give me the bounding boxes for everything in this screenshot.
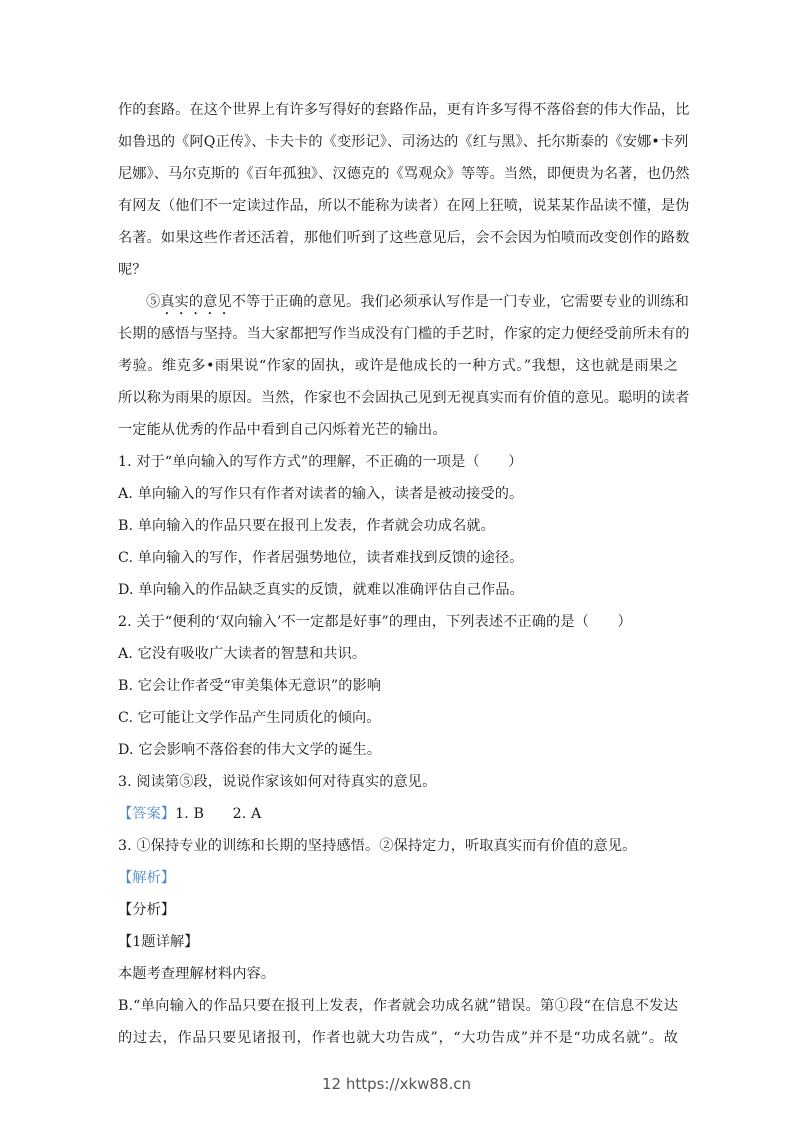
analysis-label: 【解析】 [118, 862, 678, 894]
text-line: 如鲁迅的《阿Q正传》、卡夫卡的《变形记》、司汤达的《红与黑》、托尔斯泰的《安娜•… [118, 126, 678, 158]
option-b: B. 它会让作者受“审美集体无意识”的影响 [118, 670, 678, 702]
analysis-line: 的过去，作品只要见诸报刊，作者也就大功告成”，“大功告成”并不是“功成名就”。故 [118, 1022, 678, 1054]
answer-values: 1. B 2. A [175, 806, 261, 822]
paragraph-4: 作的套路。在这个世界上有许多写得好的套路作品，更有许多写得不落俗套的伟大作品，比… [118, 94, 678, 286]
detail-label: 【1题详解】 [118, 926, 678, 958]
text-line: 尼娜》、马尔克斯的《百年孤独》、汉德克的《骂观众》等等。当然，即便贵为名著，也仍… [118, 158, 678, 190]
question-stem: 1. 对于“单向输入的写作方式”的理解，不正确的一项是（ ） [118, 446, 678, 478]
answer-section: 【答案】1. B 2. A 3. ①保持专业的训练和长期的坚持感悟。②保持定力，… [118, 798, 678, 862]
text-line: 考验。维克多•雨果说“作家的固执，或许是他成长的一种方式。”我想，这也就是雨果之 [118, 350, 678, 382]
question-2: 2. 关于“便利的‘双向输入’不一定都是好事”的理由，下列表述不正确的是（ ） … [118, 606, 678, 766]
option-c: C. 它可能让文学作品产生同质化的倾向。 [118, 702, 678, 734]
text-line: 所以称为雨果的原因。当然，作家也不会固执己见到无视真实而有价值的意见。聪明的读者 [118, 382, 678, 414]
option-b: B. 单向输入的作品只要在报刊上发表，作者就会功成名就。 [118, 510, 678, 542]
text-line: 名著。如果这些作者还活着，那他们听到了这些意见后，会不会因为怕喷而改变创作的路数 [118, 222, 678, 254]
answer-line-3: 3. ①保持专业的训练和长期的坚持感悟。②保持定力，听取真实而有价值的意见。 [118, 830, 678, 862]
text-line: 一定能从优秀的作品中看到自己闪烁着光芒的输出。 [118, 414, 678, 446]
question-stem: 3. 阅读第⑤段，说说作家该如何对待真实的意见。 [118, 766, 678, 798]
paragraph-5: ⑤真实的意见不等于正确的意见。我们必须承认写作是一门专业，它需要专业的训练和 长… [118, 286, 678, 446]
analysis-intro: 本题考查理解材料内容。 [118, 958, 678, 990]
option-d: D. 单向输入的作品缺乏真实的反馈，就难以准确评估自己作品。 [118, 574, 678, 606]
text-line: 长期的感悟与坚持。当大家都把写作当成没有门槛的手艺时，作家的定力便经受前所未有的 [118, 318, 678, 350]
option-a: A. 单向输入的写作只有作者对读者的输入，读者是被动接受的。 [118, 478, 678, 510]
option-a: A. 它没有吸收广大读者的智慧和共识。 [118, 638, 678, 670]
question-1: 1. 对于“单向输入的写作方式”的理解，不正确的一项是（ ） A. 单向输入的写… [118, 446, 678, 606]
page-footer: 12 https://xkw88.cn [0, 1075, 793, 1093]
option-c: C. 单向输入的写作，作者居强势地位，读者难找到反馈的途径。 [118, 542, 678, 574]
answer-line: 【答案】1. B 2. A [118, 798, 678, 830]
analysis-sub-label: 【分析】 [118, 894, 678, 926]
analysis-section: 【解析】 【分析】 【1题详解】 本题考查理解材料内容。 B.“单向输入的作品只… [118, 862, 678, 1054]
line-rest: 不等于正确的意见。我们必须承认写作是一门专业，它需要专业的训练和 [232, 294, 689, 310]
option-d: D. 它会影响不落俗套的伟大文学的诞生。 [118, 734, 678, 766]
document-page: 作的套路。在这个世界上有许多写得好的套路作品，更有许多写得不落俗套的伟大作品，比… [118, 94, 678, 1054]
paragraph-marker: ⑤ [146, 294, 160, 310]
text-line: ⑤真实的意见不等于正确的意见。我们必须承认写作是一门专业，它需要专业的训练和 [118, 286, 678, 318]
question-3: 3. 阅读第⑤段，说说作家该如何对待真实的意见。 [118, 766, 678, 798]
analysis-line: B.“单向输入的作品只要在报刊上发表，作者就会功成名就”错误。第①段“在信息不发… [118, 990, 678, 1022]
question-stem: 2. 关于“便利的‘双向输入’不一定都是好事”的理由，下列表述不正确的是（ ） [118, 606, 678, 638]
emphasized-phrase: 真实的意见 [160, 294, 231, 310]
text-line: 呢？ [118, 254, 678, 286]
answer-label: 【答案】 [118, 806, 175, 822]
text-line: 作的套路。在这个世界上有许多写得好的套路作品，更有许多写得不落俗套的伟大作品，比 [118, 94, 678, 126]
text-line: 有网友（他们不一定读过作品，所以不能称为读者）在网上狂喷，说某某作品读不懂，是伪 [118, 190, 678, 222]
